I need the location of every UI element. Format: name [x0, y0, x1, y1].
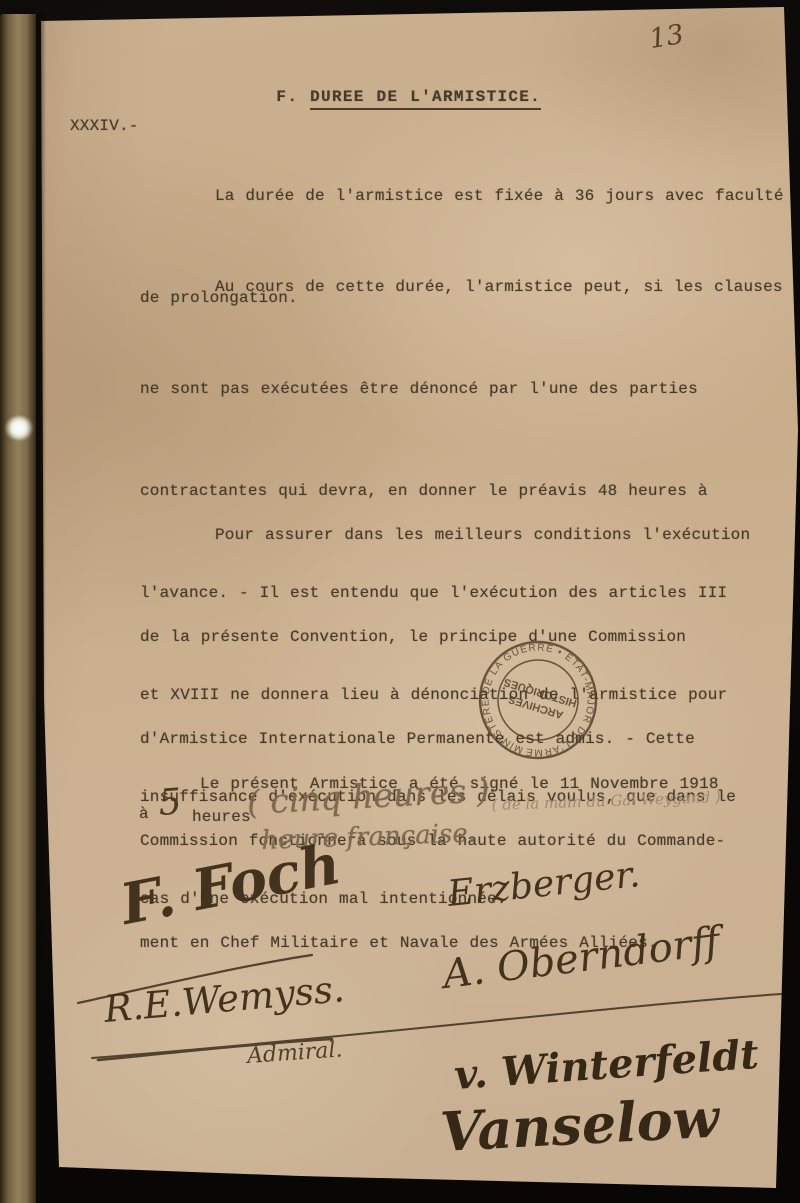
- stamp-ring-text: MINISTÈRE DE LA GUERRE • ÉTAT-MAJOR DE L…: [474, 636, 602, 764]
- paragraph-line: de la présente Convention, le principe d…: [140, 620, 750, 654]
- svg-text:MINISTÈRE DE LA GUERRE • ÉTAT-: MINISTÈRE DE LA GUERRE • ÉTAT-MAJOR DE L…: [474, 636, 602, 764]
- page-number: 13: [647, 19, 686, 55]
- section-heading-title: DUREE DE L'ARMISTICE.: [310, 88, 541, 110]
- signature-vanselow: Vanselow: [439, 1085, 721, 1164]
- ink-stamp: MINISTÈRE DE LA GUERRE • ÉTAT-MAJOR DE L…: [474, 636, 602, 764]
- page-left-shadow: [36, 14, 46, 1174]
- book-binding-edge: [0, 14, 36, 1203]
- binding-light-spot: [5, 416, 33, 440]
- closing-prefix: à: [139, 805, 149, 823]
- armistice-page: 13 F. DUREE DE L'ARMISTICE. XXXIV.- La d…: [0, 0, 800, 1203]
- hand-hour-number: 5: [157, 782, 183, 824]
- stamp-outer-ring: [474, 636, 602, 764]
- paragraph-line: ne sont pas exécutées être dénoncé par l…: [140, 372, 783, 406]
- section-heading-prefix: F.: [276, 88, 310, 106]
- paragraph-line: d'Armistice Internationale Permanente es…: [140, 722, 750, 756]
- paragraph-line: Pour assurer dans les meilleurs conditio…: [215, 518, 750, 552]
- closing-suffix: heures: [192, 808, 251, 826]
- paragraph-line: Au cours de cette durée, l'armistice peu…: [215, 270, 783, 304]
- signature-admiral: Admiral.: [246, 1037, 343, 1069]
- article-label: XXXIV.-: [70, 117, 139, 135]
- document-photo: 13 F. DUREE DE L'ARMISTICE. XXXIV.- La d…: [0, 0, 800, 1203]
